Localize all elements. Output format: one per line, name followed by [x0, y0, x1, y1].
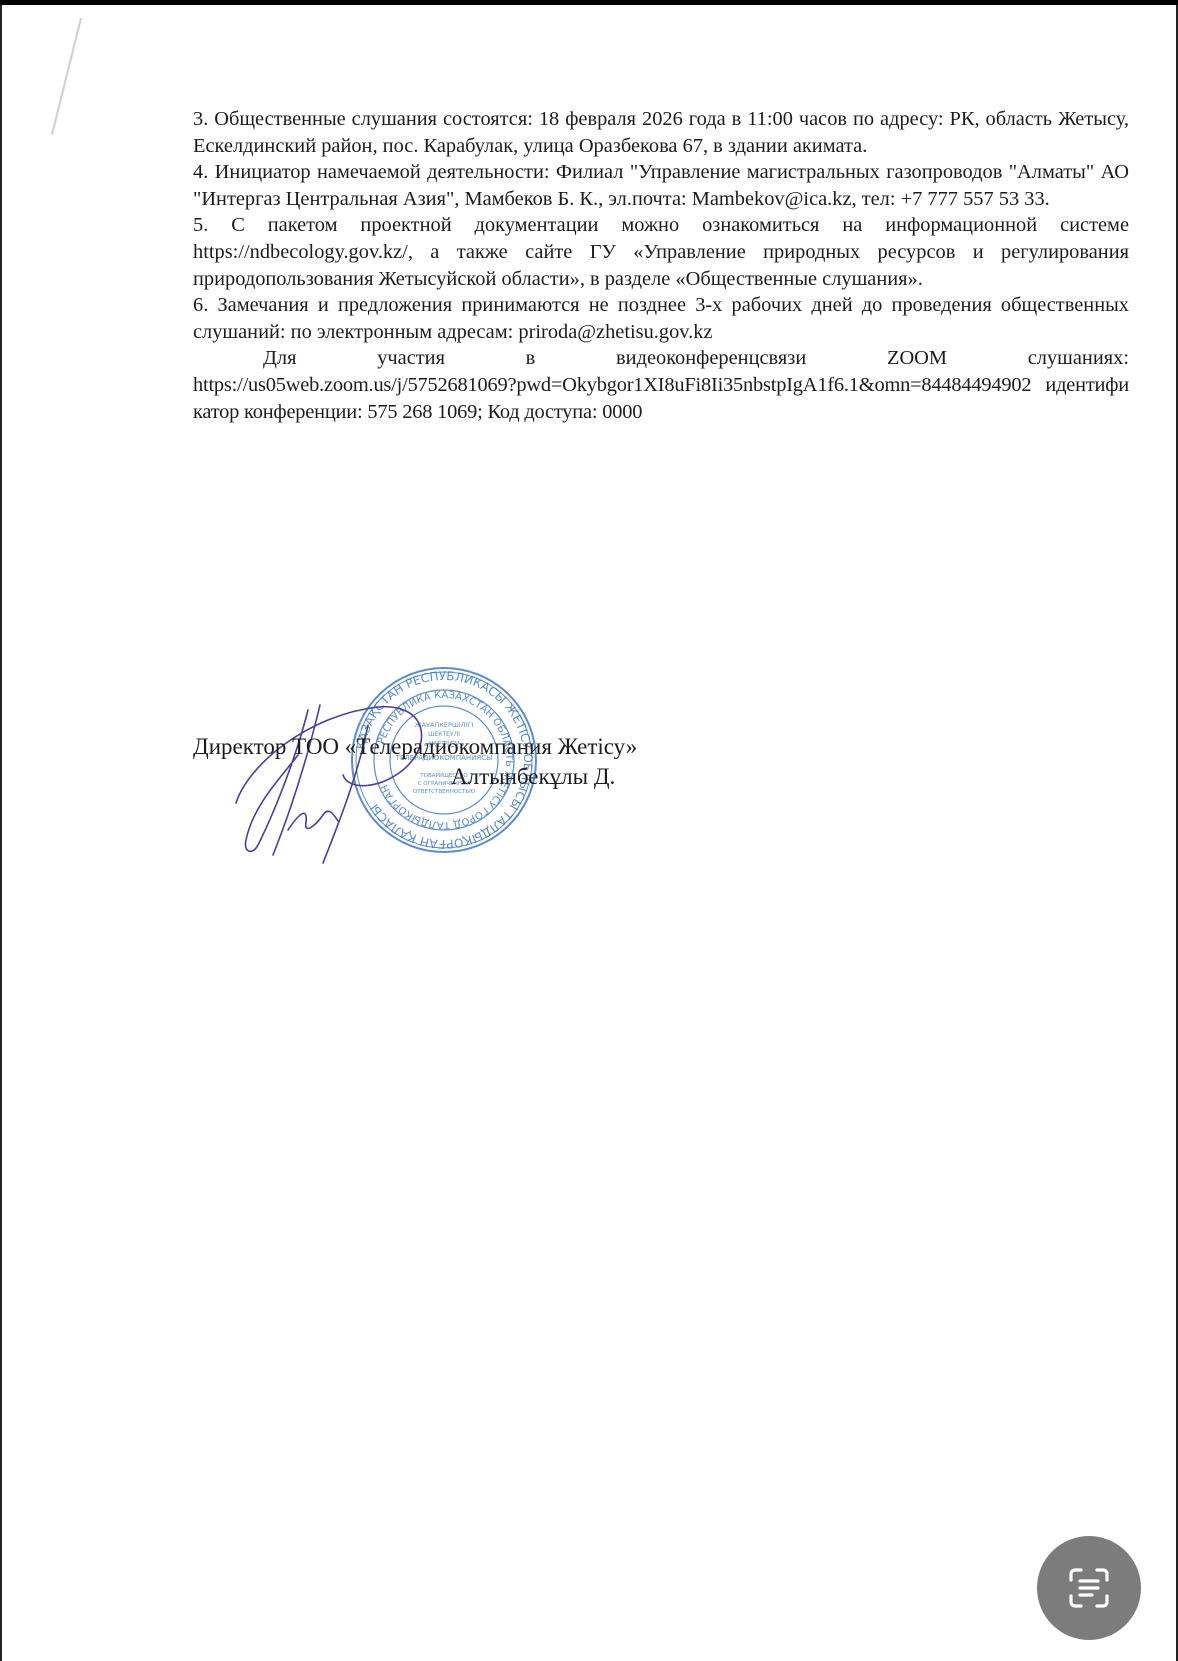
paragraph-documentation: 5. С пакетом проектной документации можн… — [193, 212, 1129, 292]
left-border — [0, 5, 2, 1661]
document-body: 3. Общественные слушания состоятся: 18 ф… — [193, 106, 1129, 425]
paragraph-comments: 6. Замечания и предложения принимаются н… — [193, 292, 1129, 345]
text-scan-button[interactable] — [1037, 1536, 1141, 1640]
paragraph-initiator: 4. Инициатор намечаемой деятельности: Фи… — [193, 159, 1129, 212]
text-scan-icon — [1065, 1564, 1113, 1612]
paragraph-zoom: Для участия в видеоконференцсвязи ZOOM с… — [193, 345, 1129, 372]
paragraph-hearing-date: 3. Общественные слушания состоятся: 18 ф… — [193, 106, 1129, 159]
zoom-link[interactable]: https://us05web.zoom.us/j/5752681069?pwd… — [193, 372, 1129, 425]
top-border — [0, 0, 1178, 5]
signature-block: Директор ТОО «Телерадиокомпания Жетiсу» … — [193, 732, 637, 792]
scan-artifact — [51, 18, 82, 135]
signatory-title: Директор ТОО «Телерадиокомпания Жетiсу» — [193, 734, 637, 759]
signatory-name: Алтынбекұлы Д. — [193, 762, 637, 792]
